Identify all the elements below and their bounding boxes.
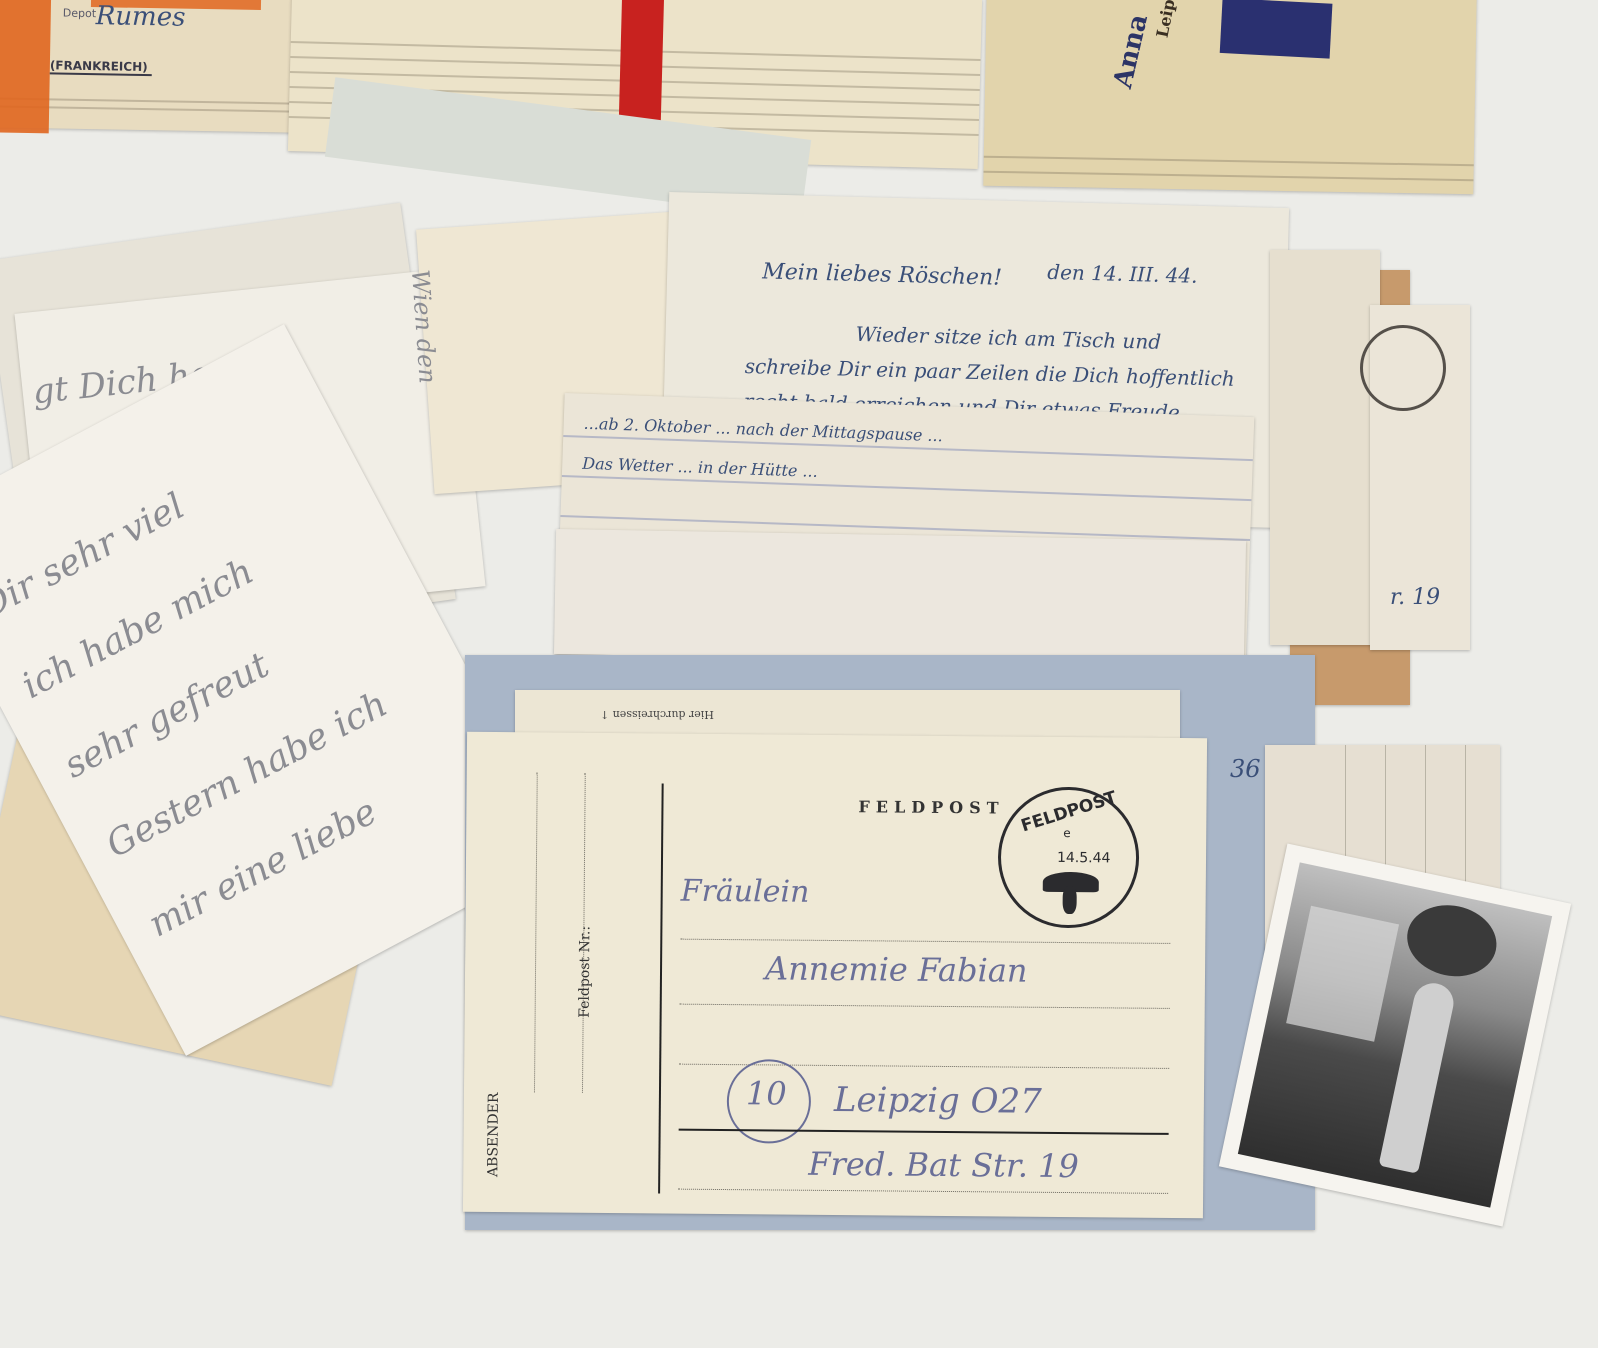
printed-fragment: Leip [1153,0,1179,39]
letter-date: den 14. III. 44. [1047,260,1198,288]
feldpost-header: FELDPOST [858,797,1004,817]
postmark-code: e [1063,826,1071,840]
top-left-bundle: Rumes Depot (FRANKREICH) [0,0,301,133]
sender-divider [658,783,664,1193]
postmark: FELDPOST e 14.5.44 [997,786,1139,928]
stamp-frankreich: (FRANKREICH) [50,58,152,76]
right-card-back [1270,250,1380,645]
photo-person [1379,980,1458,1174]
feldpost-card: FELDPOST FELDPOST e 14.5.44 Feldpost Nr.… [463,732,1207,1218]
printed-name: Anna [1108,11,1154,91]
envelope-page-number: 36 [1230,755,1261,783]
photo-house [1286,906,1399,1042]
eagle-body-icon [1063,886,1077,914]
top-middle-bundle [288,0,982,169]
letter-line-1: Wieder sitze ich am Tisch und [855,322,1161,354]
tear-hint: Hier durchreissen ↑ [600,708,714,721]
orange-ribbon [0,0,51,133]
handwritten-name: Rumes [95,1,185,33]
right-card-number: r. 19 [1390,585,1440,610]
recipient-name: Annemie Fabian [765,949,1028,989]
recipient-title: Fräulein [681,874,810,910]
photo-image [1238,862,1552,1207]
lined-letter-line-1: ...ab 2. Oktober ... nach der Mittagspau… [583,414,943,446]
right-card: r. 19 [1370,305,1470,650]
right-card-postmark [1360,325,1446,411]
lined-sheet-pencil [554,529,1246,666]
letter-salutation: Mein liebes Röschen! [762,259,1002,290]
postmark-date: 14.5.44 [1057,850,1111,866]
top-right-bundle: Anna Leip [983,0,1476,194]
recipient-district: 10 [746,1074,787,1112]
recipient-city: Leipzig O27 [834,1080,1042,1122]
blue-logo-box [1220,0,1333,59]
recipient-street: Fred. Bat Str. 19 [808,1145,1079,1185]
photo-bird [1401,897,1504,984]
feldpost-nr-label: Feldpost Nr.: [577,926,594,1018]
sender-label: ABSENDER [485,1093,502,1178]
letter-line-2: schreibe Dir ein paar Zeilen die Dich ho… [744,354,1235,391]
stamp-partial: Depot [63,7,96,21]
